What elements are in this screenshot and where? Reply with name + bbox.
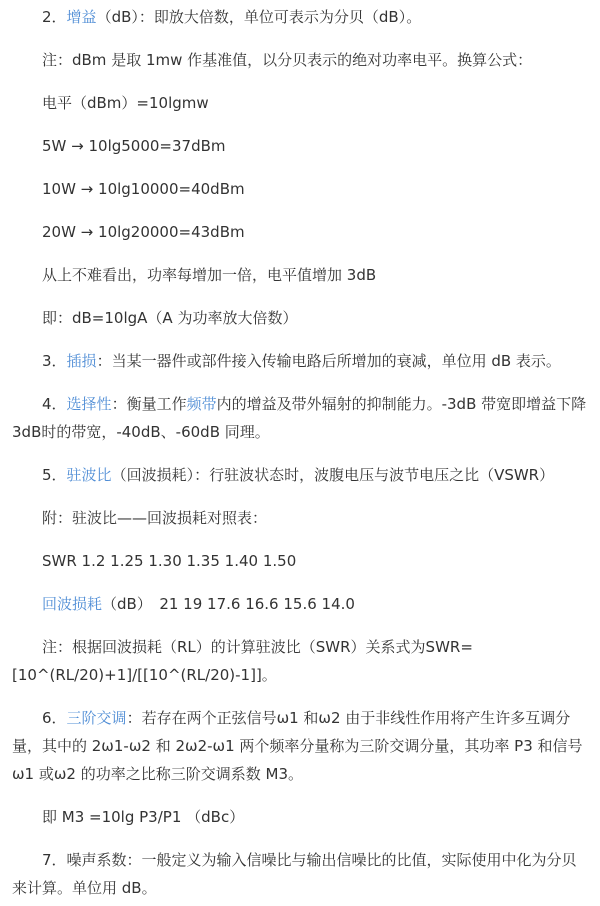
text-run: ：当某一器件或部件接入传输电路后所增加的衰减，单位用 dB 表示。 bbox=[97, 352, 561, 370]
paragraph: 4．选择性：衡量工作频带内的增益及带外辐射的抑制能力。-3dB 带宽即增益下降 … bbox=[12, 390, 590, 446]
text-run: 即 M3 =10lg P3/P1 （dBc） bbox=[42, 808, 244, 826]
text-run: （dB）：即放大倍数，单位可表示为分贝（dB）。 bbox=[97, 8, 422, 26]
text-run: 注：dBm 是取 1mw 作基准值，以分贝表示的绝对功率电平。换算公式： bbox=[42, 51, 532, 69]
paragraph: SWR 1.2 1.25 1.30 1.35 1.40 1.50 bbox=[12, 547, 590, 575]
text-run: ：衡量工作 bbox=[112, 395, 187, 413]
paragraph: 即：dB=10lgA（A 为功率放大倍数） bbox=[12, 304, 590, 332]
paragraph: 注：根据回波损耗（RL）的计算驻波比（SWR）关系式为SWR=[10^(RL/2… bbox=[12, 633, 590, 689]
paragraph: 10W → 10lg10000=40dBm bbox=[12, 175, 590, 203]
paragraph: 5W → 10lg5000=37dBm bbox=[12, 132, 590, 160]
text-run: 2． bbox=[42, 8, 67, 26]
text-run: 从上不难看出，功率每增加一倍，电平值增加 3dB bbox=[42, 266, 376, 284]
paragraph: 6．三阶交调：若存在两个正弦信号ω1 和ω2 由于非线性作用将产生许多互调分量，… bbox=[12, 704, 590, 788]
paragraph: 7．噪声系数：一般定义为输入信噪比与输出信噪比的比值，实际使用中化为分贝来计算。… bbox=[12, 846, 590, 902]
text-run: 5W → 10lg5000=37dBm bbox=[42, 137, 226, 155]
paragraph: 电平（dBm）=10lgmw bbox=[12, 89, 590, 117]
text-run: 5． bbox=[42, 466, 67, 484]
text-run: 10W → 10lg10000=40dBm bbox=[42, 180, 245, 198]
term-link[interactable]: 增益 bbox=[67, 8, 97, 26]
paragraph: 5．驻波比（回波损耗）：行驻波状态时，波腹电压与波节电压之比（VSWR） bbox=[12, 461, 590, 489]
term-link[interactable]: 驻波比 bbox=[67, 466, 112, 484]
term-link[interactable]: 频带 bbox=[187, 395, 217, 413]
paragraph: 附：驻波比——回波损耗对照表： bbox=[12, 504, 590, 532]
paragraph: 注：dBm 是取 1mw 作基准值，以分贝表示的绝对功率电平。换算公式： bbox=[12, 46, 590, 74]
text-run: 7．噪声系数：一般定义为输入信噪比与输出信噪比的比值，实际使用中化为分贝来计算。… bbox=[12, 851, 577, 897]
article-body: 2．增益（dB）：即放大倍数，单位可表示为分贝（dB）。注：dBm 是取 1mw… bbox=[0, 0, 600, 902]
term-link[interactable]: 三阶交调 bbox=[67, 709, 127, 727]
term-link[interactable]: 选择性 bbox=[67, 395, 112, 413]
text-run: 20W → 10lg20000=43dBm bbox=[42, 223, 245, 241]
text-run: 附：驻波比——回波损耗对照表： bbox=[42, 509, 267, 527]
term-link[interactable]: 插损 bbox=[67, 352, 97, 370]
text-run: 3． bbox=[42, 352, 67, 370]
paragraph: 20W → 10lg20000=43dBm bbox=[12, 218, 590, 246]
text-run: 6． bbox=[42, 709, 67, 727]
text-run: 电平（dBm）=10lgmw bbox=[42, 94, 209, 112]
text-run: 即：dB=10lgA（A 为功率放大倍数） bbox=[42, 309, 297, 327]
term-link[interactable]: 回波损耗 bbox=[42, 595, 102, 613]
paragraph: 从上不难看出，功率每增加一倍，电平值增加 3dB bbox=[12, 261, 590, 289]
text-run: 注：根据回波损耗（RL）的计算驻波比（SWR）关系式为SWR=[10^(RL/2… bbox=[12, 638, 473, 684]
text-run: SWR 1.2 1.25 1.30 1.35 1.40 1.50 bbox=[42, 552, 296, 570]
paragraph: 即 M3 =10lg P3/P1 （dBc） bbox=[12, 803, 590, 831]
paragraph: 3．插损：当某一器件或部件接入传输电路后所增加的衰减，单位用 dB 表示。 bbox=[12, 347, 590, 375]
text-run: 4． bbox=[42, 395, 67, 413]
text-run: （dB） 21 19 17.6 16.6 15.6 14.0 bbox=[102, 595, 355, 613]
text-run: （回波损耗）：行驻波状态时，波腹电压与波节电压之比（VSWR） bbox=[112, 466, 555, 484]
paragraph: 回波损耗（dB） 21 19 17.6 16.6 15.6 14.0 bbox=[12, 590, 590, 618]
paragraph: 2．增益（dB）：即放大倍数，单位可表示为分贝（dB）。 bbox=[12, 3, 590, 31]
